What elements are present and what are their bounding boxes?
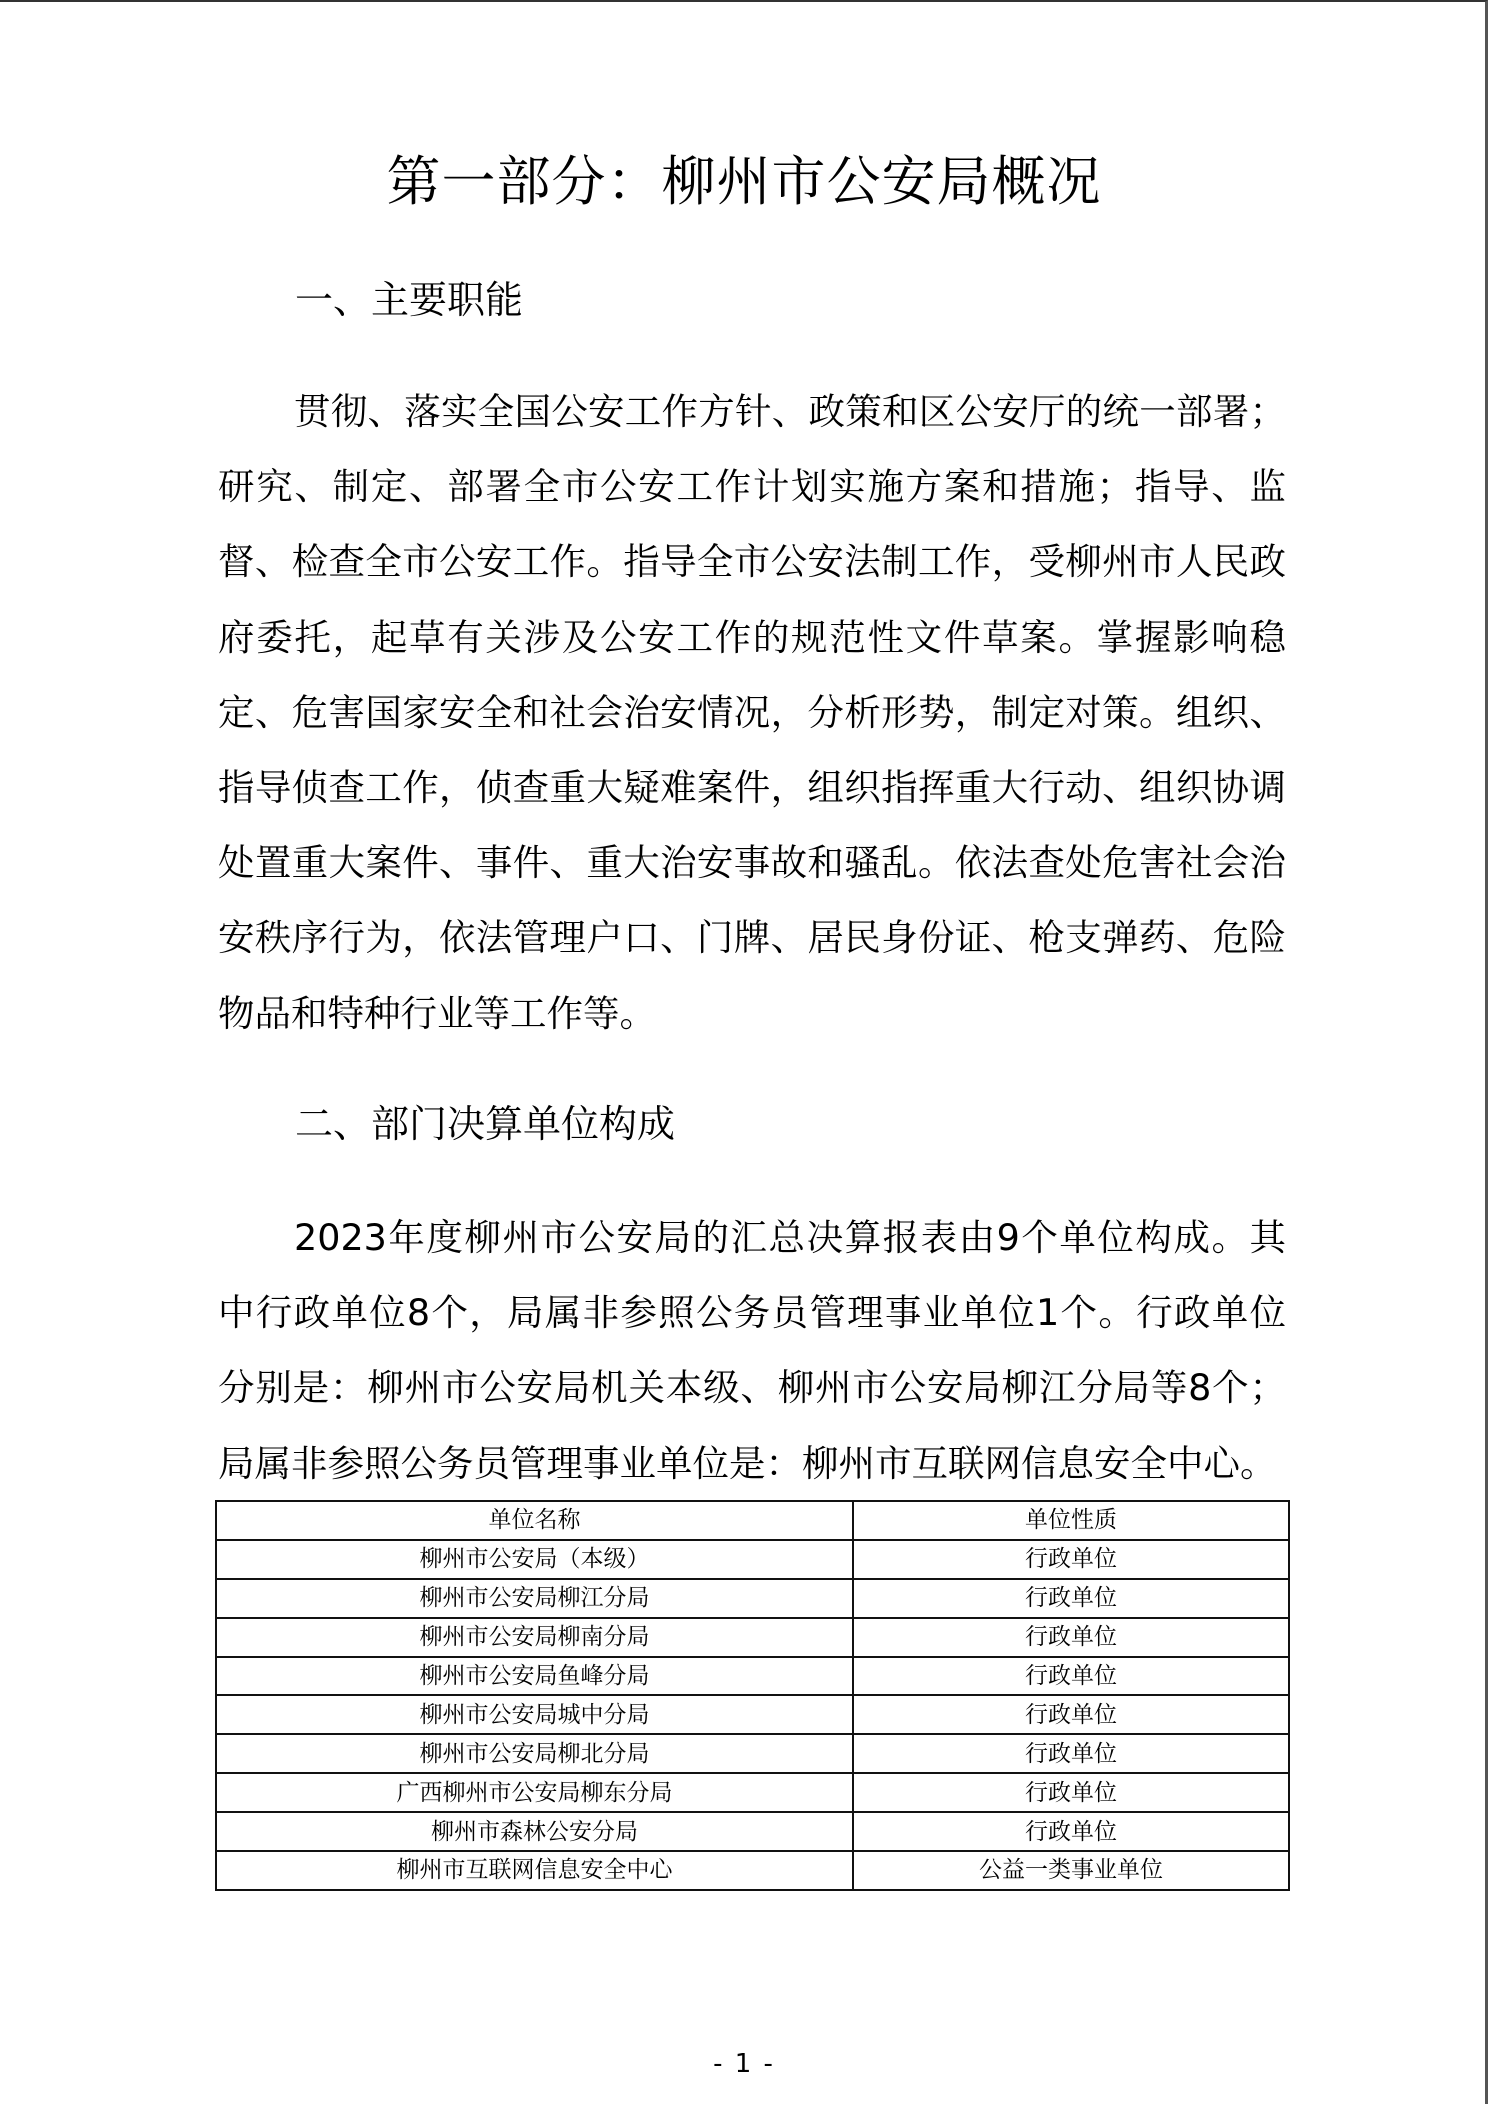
page-title: 第一部分：柳州市公安局概况 [0,144,1488,220]
unit-name-cell: 柳州市互联网信息安全中心 [216,1851,853,1890]
unit-name-cell: 柳州市公安局柳北分局 [216,1734,853,1773]
paragraph-unit-composition: 2023年度柳州市公安局的汇总决算报表由9个单位构成。其中行政单位8个，局属非参… [218,1200,1286,1501]
unit-name-cell: 柳州市公安局城中分局 [216,1695,853,1734]
table-row: 广西柳州市公安局柳东分局 行政单位 [216,1773,1289,1812]
unit-type-cell: 行政单位 [853,1657,1289,1696]
table-row: 柳州市公安局城中分局 行政单位 [216,1695,1289,1734]
unit-name-cell: 广西柳州市公安局柳东分局 [216,1773,853,1812]
unit-type-cell: 行政单位 [853,1773,1289,1812]
section-heading-main-functions: 一、主要职能 [295,272,523,328]
paragraph-main-functions: 贯彻、落实全国公安工作方针、政策和区公安厅的统一部署；研究、制定、部署全市公安工… [218,374,1286,1051]
unit-type-cell: 行政单位 [853,1618,1289,1657]
table-row: 柳州市公安局（本级） 行政单位 [216,1540,1289,1579]
table-header-row: 单位名称 单位性质 [216,1501,1289,1540]
unit-name-cell: 柳州市公安局柳南分局 [216,1618,853,1657]
table-row: 柳州市公安局柳北分局 行政单位 [216,1734,1289,1773]
table-row: 柳州市公安局柳江分局 行政单位 [216,1579,1289,1618]
unit-name-cell: 柳州市公安局鱼峰分局 [216,1657,853,1696]
unit-type-cell: 行政单位 [853,1695,1289,1734]
table-row: 柳州市互联网信息安全中心 公益一类事业单位 [216,1851,1289,1890]
unit-name-cell: 柳州市公安局（本级） [216,1540,853,1579]
unit-type-cell: 行政单位 [853,1579,1289,1618]
page-number: - 1 - [0,2048,1488,2080]
unit-type-cell: 行政单位 [853,1734,1289,1773]
units-table: 单位名称 单位性质 柳州市公安局（本级） 行政单位 柳州市公安局柳江分局 行政单… [215,1500,1290,1891]
unit-type-cell: 行政单位 [853,1812,1289,1851]
unit-type-cell: 行政单位 [853,1540,1289,1579]
unit-name-cell: 柳州市森林公安分局 [216,1812,853,1851]
unit-name-cell: 柳州市公安局柳江分局 [216,1579,853,1618]
header-unit-type: 单位性质 [853,1501,1289,1540]
unit-type-cell: 公益一类事业单位 [853,1851,1289,1890]
table-row: 柳州市公安局柳南分局 行政单位 [216,1618,1289,1657]
section-heading-unit-composition: 二、部门决算单位构成 [295,1096,675,1152]
table-row: 柳州市公安局鱼峰分局 行政单位 [216,1657,1289,1696]
header-unit-name: 单位名称 [216,1501,853,1540]
table-row: 柳州市森林公安分局 行政单位 [216,1812,1289,1851]
